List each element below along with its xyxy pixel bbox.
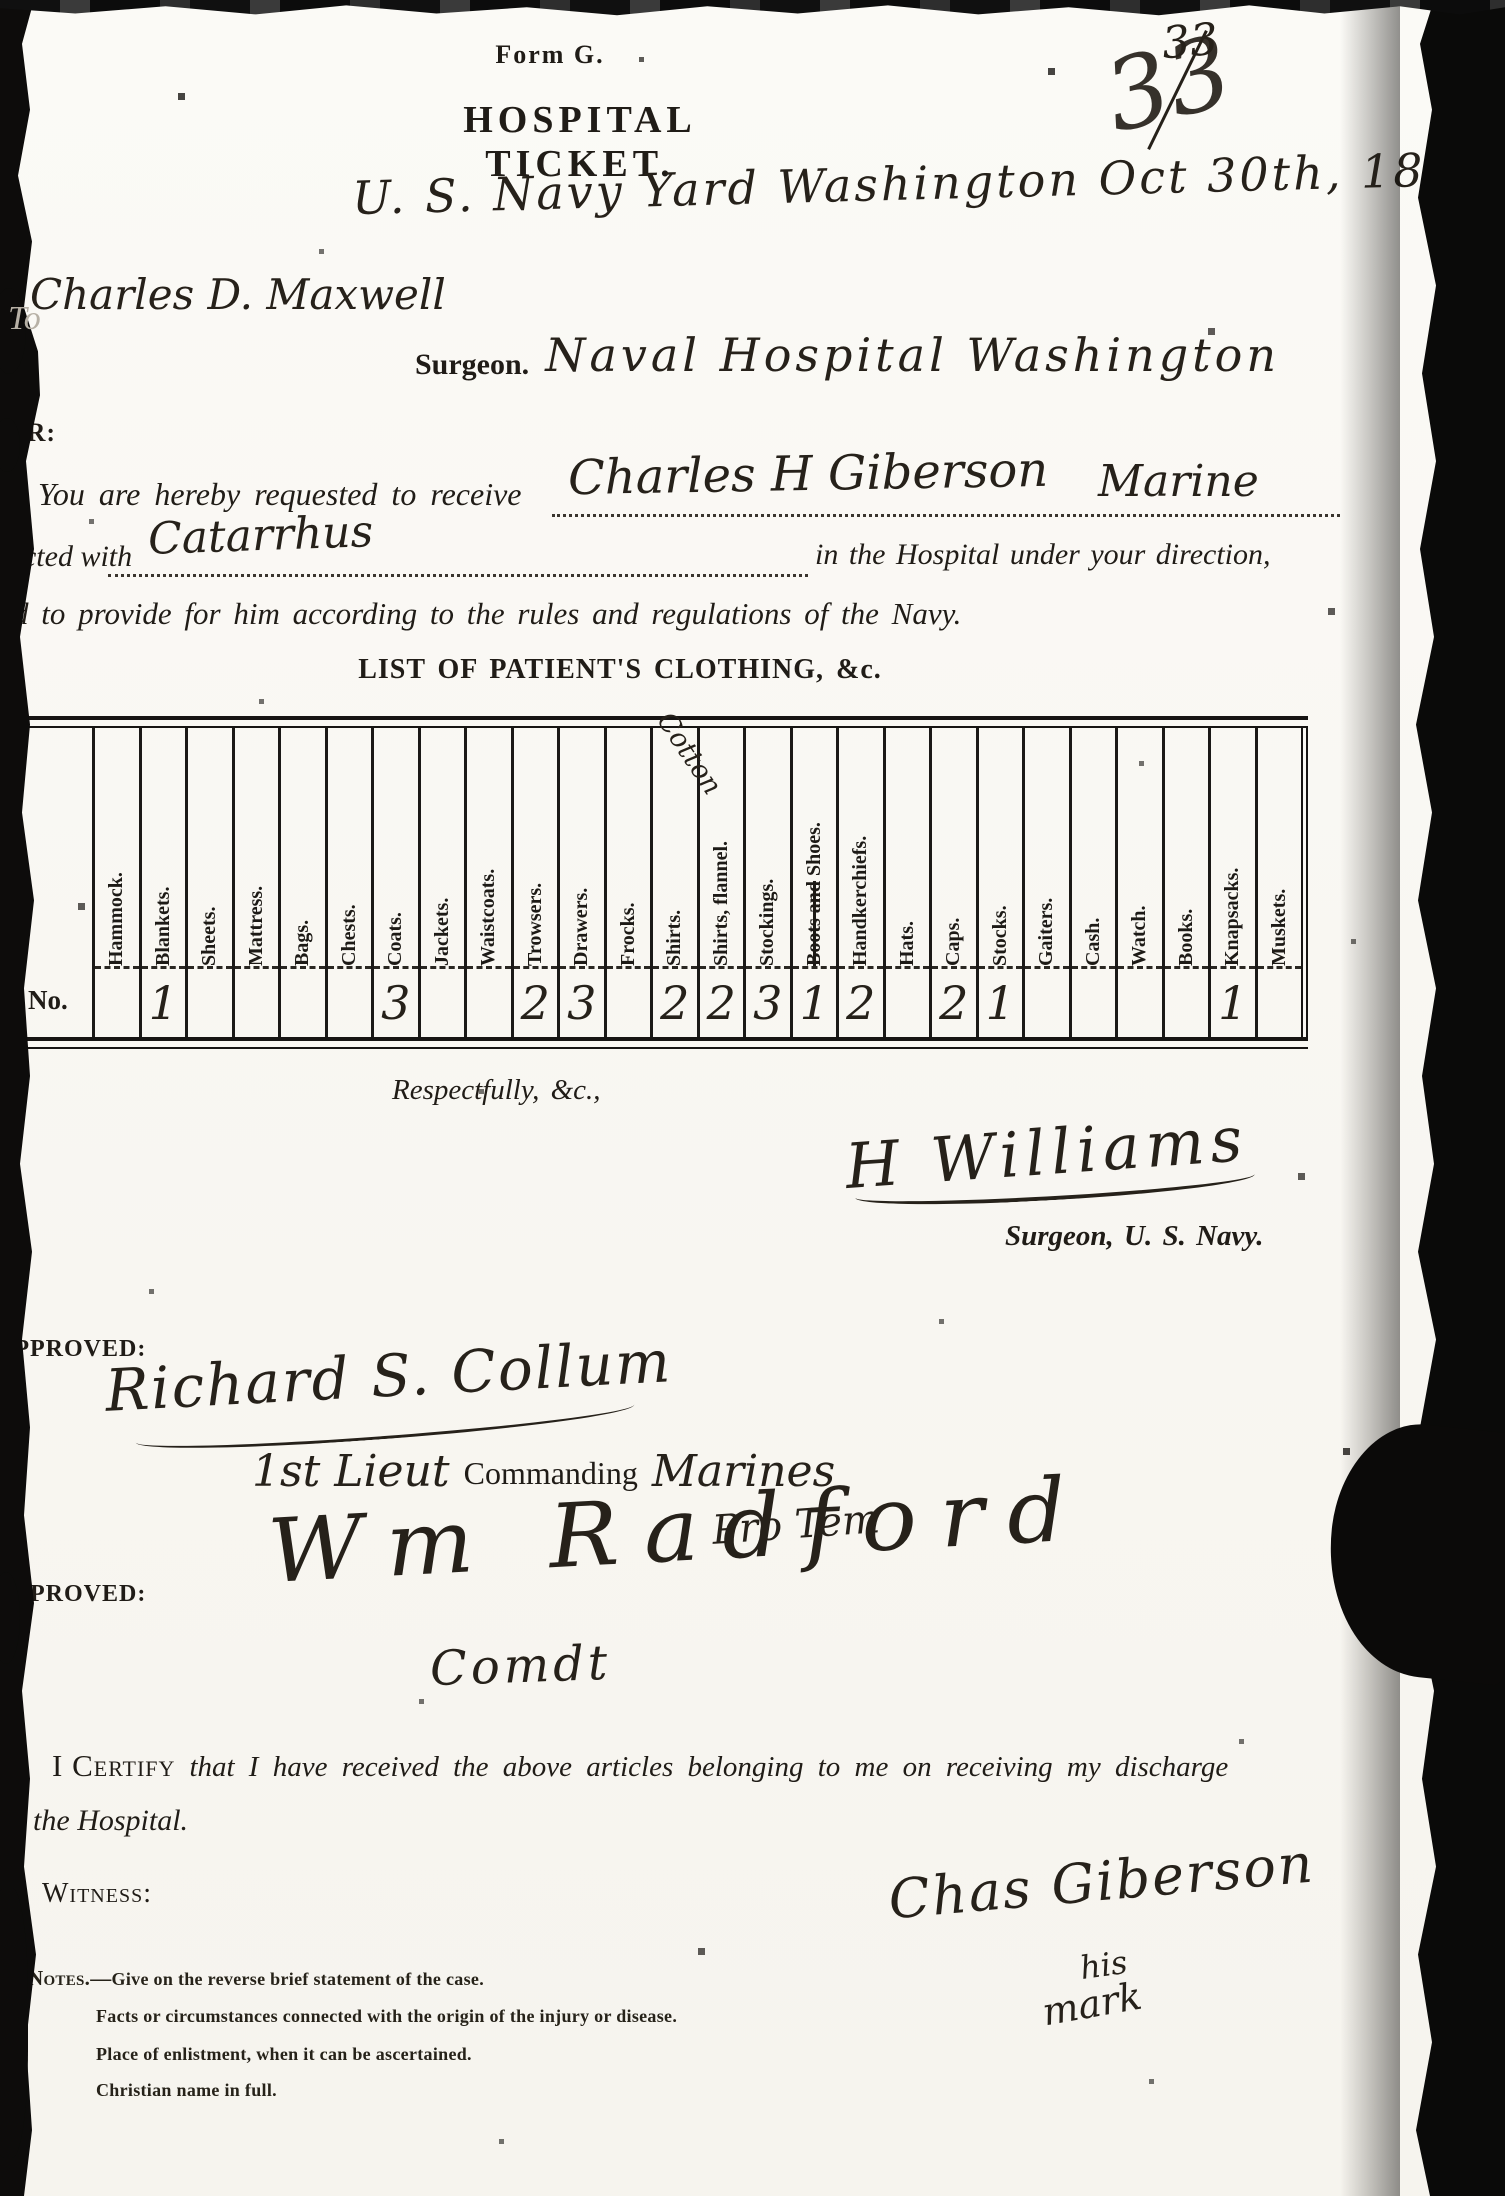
scan-edge-right bbox=[1392, 0, 1505, 2196]
column-header-cell: Drawers. bbox=[560, 728, 604, 966]
column-header-label: Coats. bbox=[384, 728, 407, 970]
hospital-ticket-scan: Form G. HOSPITAL TICKET. 33 33 U. S. Nav… bbox=[0, 0, 1505, 2196]
addressee-title-row: Surgeon. Naval Hospital Washington bbox=[415, 328, 1280, 382]
column-value-cell bbox=[1025, 966, 1069, 1037]
notes-text-1: Give on the reverse brief statement of t… bbox=[112, 1969, 484, 1989]
column-header-cell: Cash. bbox=[1072, 728, 1116, 966]
label-part: Drawers. bbox=[570, 888, 592, 966]
table-item-columns: Hammock. Blankets. 1 bbox=[92, 728, 1301, 1037]
table-column: Boots and Shoes. 1 bbox=[790, 728, 837, 1037]
label-part: Gaiters. bbox=[1035, 898, 1057, 966]
column-header-cell: Coats. bbox=[374, 728, 418, 966]
column-header-label: Trowsers. bbox=[524, 728, 547, 970]
table-column: Drawers. 3 bbox=[557, 728, 604, 1037]
provide-printed-text: and to provide for him according to the … bbox=[0, 596, 961, 632]
table-column: Blankets. 1 bbox=[139, 728, 186, 1037]
column-value-cell bbox=[95, 966, 139, 1037]
scan-edge-top bbox=[0, 0, 1505, 18]
column-header-label: Stockings. bbox=[756, 728, 779, 970]
column-header-cell: Boots and Shoes. bbox=[793, 728, 837, 966]
table-column: Sheets. bbox=[185, 728, 232, 1037]
column-value-cell: 2 bbox=[839, 966, 883, 1037]
label-part: Shoes. bbox=[803, 822, 825, 881]
clothing-table: No. Hammock. bbox=[6, 716, 1308, 1049]
table-column: Trowsers. 2 bbox=[511, 728, 558, 1037]
column-value-cell: 3 bbox=[374, 966, 418, 1037]
quantity-handwritten: 3 bbox=[567, 976, 596, 1030]
table-column: Muskets. bbox=[1255, 728, 1302, 1037]
column-header-cell: Stockings. bbox=[746, 728, 790, 966]
column-value-cell bbox=[188, 966, 232, 1037]
column-header-label: Frocks. bbox=[617, 728, 640, 970]
table-column: Knapsacks. 1 bbox=[1208, 728, 1255, 1037]
certify-lead: I Certify bbox=[52, 1748, 175, 1783]
column-value-cell bbox=[281, 966, 325, 1037]
station-handwritten: Naval Hospital Washington bbox=[545, 328, 1280, 382]
quantity-handwritten: 1 bbox=[149, 976, 178, 1030]
column-value-cell bbox=[421, 966, 465, 1037]
request-printed-text: You are hereby requested to receive bbox=[38, 476, 521, 513]
column-header-cell: Sheets. bbox=[188, 728, 232, 966]
column-value-cell: 2 bbox=[700, 966, 744, 1037]
column-header-cell: Mattress. bbox=[235, 728, 279, 966]
hospital-direction-printed-text: in the Hospital under your direction, bbox=[815, 538, 1271, 572]
patient-name-handwritten: Charles H Giberson bbox=[568, 442, 1049, 506]
column-header-label: Stocks. bbox=[989, 728, 1012, 970]
table-column: Mattress. bbox=[232, 728, 279, 1037]
table-column: Cash. bbox=[1069, 728, 1116, 1037]
table-column: Hats. bbox=[883, 728, 930, 1037]
label-part: Frocks. bbox=[617, 902, 639, 966]
column-header-cell: Trowsers. bbox=[514, 728, 558, 966]
column-header-label: Bags. bbox=[291, 728, 314, 970]
column-header-label: Books. bbox=[1175, 728, 1198, 970]
table-column: Gaiters. bbox=[1022, 728, 1069, 1037]
table-column: Coats. 3 bbox=[371, 728, 418, 1037]
addressee-name-handwritten: Charles D. Maxwell bbox=[30, 270, 446, 319]
column-value-cell bbox=[235, 966, 279, 1037]
patient-branch-handwritten: Marine bbox=[1098, 456, 1259, 507]
table-column: Chests. bbox=[325, 728, 372, 1037]
table-column: Bags. bbox=[278, 728, 325, 1037]
table-column: Jackets. bbox=[418, 728, 465, 1037]
column-header-label: Drawers. bbox=[570, 728, 593, 970]
label-part: Hammock. bbox=[105, 872, 127, 966]
column-header-cell: Gaiters. bbox=[1025, 728, 1069, 966]
column-value-cell: 1 bbox=[1211, 966, 1255, 1037]
column-value-cell: 3 bbox=[560, 966, 604, 1037]
certify-statement-line1: I Certify that I have received the above… bbox=[52, 1748, 1228, 1784]
column-header-label: Hammock. bbox=[105, 728, 128, 970]
column-header-label: Hats. bbox=[896, 728, 919, 970]
label-part: Shirts. bbox=[663, 910, 685, 966]
column-header-label: Knapsacks. bbox=[1221, 728, 1244, 970]
table-column: Watch. bbox=[1115, 728, 1162, 1037]
column-header-label: Caps. bbox=[942, 728, 965, 970]
addressee-prefix: To bbox=[8, 300, 41, 338]
column-header-cell: Muskets. bbox=[1258, 728, 1302, 966]
column-header-cell: Stocks. bbox=[979, 728, 1023, 966]
label-part: Hats. bbox=[896, 921, 918, 966]
table-column: Caps. 2 bbox=[929, 728, 976, 1037]
fill-in-dotted-line bbox=[552, 514, 1340, 517]
notes-line-2: Facts or circumstances connected with th… bbox=[96, 2006, 677, 2027]
certify-statement-line2: from the Hospital. bbox=[0, 1804, 188, 1838]
column-value-cell: 2 bbox=[514, 966, 558, 1037]
quantity-handwritten: 2 bbox=[707, 976, 736, 1030]
column-header-cell: Cotton Shirts. bbox=[653, 728, 697, 966]
notes-line-4: Christian name in full. bbox=[96, 2080, 277, 2101]
surgeon-title-printed: Surgeon. bbox=[415, 348, 529, 382]
column-header-cell: Bags. bbox=[281, 728, 325, 966]
table-bottom-rule bbox=[6, 1037, 1308, 1049]
quantity-handwritten: 2 bbox=[660, 976, 689, 1030]
column-value-cell bbox=[607, 966, 651, 1037]
column-value-cell bbox=[1165, 966, 1209, 1037]
label-part: Caps. bbox=[942, 918, 964, 966]
notes-line-3: Place of enlistment, when it can be asce… bbox=[96, 2044, 472, 2065]
certify-text: that I have received the above articles … bbox=[189, 1751, 1228, 1783]
clothing-list-title: LIST OF PATIENT'S CLOTHING, &c. bbox=[340, 654, 900, 686]
fill-in-dotted-line bbox=[108, 574, 808, 577]
column-value-cell: 1 bbox=[979, 966, 1023, 1037]
approver2-rank-handwritten: Comdt bbox=[429, 1635, 612, 1697]
column-header-label: Handkerchiefs. bbox=[849, 728, 872, 970]
patient-mark-mark: mark bbox=[1039, 1974, 1145, 2035]
label-part: Bags. bbox=[291, 920, 313, 966]
column-header-label: Muskets. bbox=[1268, 728, 1291, 970]
respectfully-closing: Respectfully, &c., bbox=[392, 1074, 601, 1107]
column-header-label: Sheets. bbox=[198, 728, 221, 970]
column-header-label: Watch. bbox=[1128, 728, 1151, 970]
label-part: Stocks. bbox=[989, 905, 1011, 966]
patient-signature-handwritten: Chas Giberson bbox=[886, 1832, 1317, 1932]
column-header-cell: Chests. bbox=[328, 728, 372, 966]
table-column: Handkerchiefs. 2 bbox=[836, 728, 883, 1037]
column-value-cell bbox=[1118, 966, 1162, 1037]
struck-label-part: Boots and bbox=[803, 881, 825, 966]
quantity-handwritten: 3 bbox=[753, 976, 782, 1030]
quantity-handwritten: 2 bbox=[939, 976, 968, 1030]
table-column: Books. bbox=[1162, 728, 1209, 1037]
column-value-cell: 2 bbox=[653, 966, 697, 1037]
ink-blob bbox=[0, 1888, 28, 2158]
table-column: Stockings. 3 bbox=[743, 728, 790, 1037]
quantity-handwritten: 1 bbox=[1218, 976, 1247, 1030]
column-header-label: Chests. bbox=[338, 728, 361, 970]
surgeon-rank-printed: Surgeon, U. S. Navy. bbox=[1005, 1220, 1263, 1253]
notes-label: Notes.— bbox=[28, 1966, 112, 1990]
label-part: Watch. bbox=[1128, 905, 1150, 966]
column-header-cell: Frocks. bbox=[607, 728, 651, 966]
column-value-cell: 1 bbox=[793, 966, 837, 1037]
witness-label: Witness: bbox=[42, 1878, 152, 1910]
label-part: Sheets. bbox=[198, 907, 220, 966]
quantity-handwritten: 1 bbox=[800, 976, 829, 1030]
label-part: Muskets. bbox=[1268, 889, 1290, 966]
label-part: Shirts, flannel. bbox=[710, 841, 732, 966]
column-header-cell: Handkerchiefs. bbox=[839, 728, 883, 966]
quantity-handwritten: 3 bbox=[381, 976, 410, 1030]
column-value-cell bbox=[886, 966, 930, 1037]
column-value-cell bbox=[467, 966, 511, 1037]
label-part: Coats. bbox=[384, 912, 406, 966]
table-column: Frocks. bbox=[604, 728, 651, 1037]
table-column: Cotton Shirts. 2 bbox=[650, 728, 697, 1037]
column-header-cell: Knapsacks. bbox=[1211, 728, 1255, 966]
label-part: Trowsers. bbox=[524, 883, 546, 966]
label-part: Mattress. bbox=[245, 886, 267, 966]
label-part: Chests. bbox=[338, 904, 360, 966]
column-value-cell bbox=[328, 966, 372, 1037]
column-header-cell: Hammock. bbox=[95, 728, 139, 966]
quantity-handwritten: 2 bbox=[521, 976, 550, 1030]
approver1-rank-part1: 1st Lieut bbox=[252, 1446, 450, 1497]
table-column: Hammock. bbox=[92, 728, 139, 1037]
label-part: Jackets. bbox=[431, 898, 453, 966]
quantity-handwritten: 1 bbox=[986, 976, 1015, 1030]
column-header-cell: Blankets. bbox=[142, 728, 186, 966]
column-header-cell: Waistcoats. bbox=[467, 728, 511, 966]
column-header-cell: Books. bbox=[1165, 728, 1209, 966]
column-header-label: Waistcoats. bbox=[477, 728, 500, 970]
table-column: Waistcoats. bbox=[464, 728, 511, 1037]
column-header-cell: Jackets. bbox=[421, 728, 465, 966]
label-part: Stockings. bbox=[756, 879, 778, 966]
column-value-cell bbox=[1258, 966, 1302, 1037]
label-part: Waistcoats. bbox=[477, 869, 499, 966]
label-part: Handkerchiefs. bbox=[849, 836, 871, 966]
label-part: Cash. bbox=[1082, 918, 1104, 966]
column-value-cell: 1 bbox=[142, 966, 186, 1037]
table-body: No. Hammock. bbox=[6, 728, 1308, 1037]
form-number-label: Form G. bbox=[400, 40, 700, 70]
column-header-cell: Caps. bbox=[932, 728, 976, 966]
notes-line-1: Notes.—Give on the reverse brief stateme… bbox=[28, 1966, 484, 1991]
disease-handwritten: Catarrhus bbox=[147, 506, 374, 565]
column-header-cell: Hats. bbox=[886, 728, 930, 966]
column-header-label: Mattress. bbox=[245, 728, 268, 970]
column-header-label: Boots and Shoes. bbox=[803, 728, 826, 970]
label-part: Blankets. bbox=[152, 887, 174, 966]
column-value-cell bbox=[1072, 966, 1116, 1037]
column-header-label: Cash. bbox=[1082, 728, 1105, 970]
quantity-handwritten: 2 bbox=[846, 976, 875, 1030]
column-header-label: Blankets. bbox=[152, 728, 175, 970]
margin-case-number-overwrite: 33 bbox=[1094, 15, 1243, 156]
scan-shadow-right bbox=[1340, 0, 1400, 2196]
column-value-cell: 2 bbox=[932, 966, 976, 1037]
label-part: Knapsacks. bbox=[1221, 868, 1243, 966]
column-header-label: Gaiters. bbox=[1035, 728, 1058, 970]
column-header-label: Jackets. bbox=[431, 728, 454, 970]
label-part: Books. bbox=[1175, 909, 1197, 966]
table-column: Stocks. 1 bbox=[976, 728, 1023, 1037]
column-value-cell: 3 bbox=[746, 966, 790, 1037]
column-header-cell: Watch. bbox=[1118, 728, 1162, 966]
